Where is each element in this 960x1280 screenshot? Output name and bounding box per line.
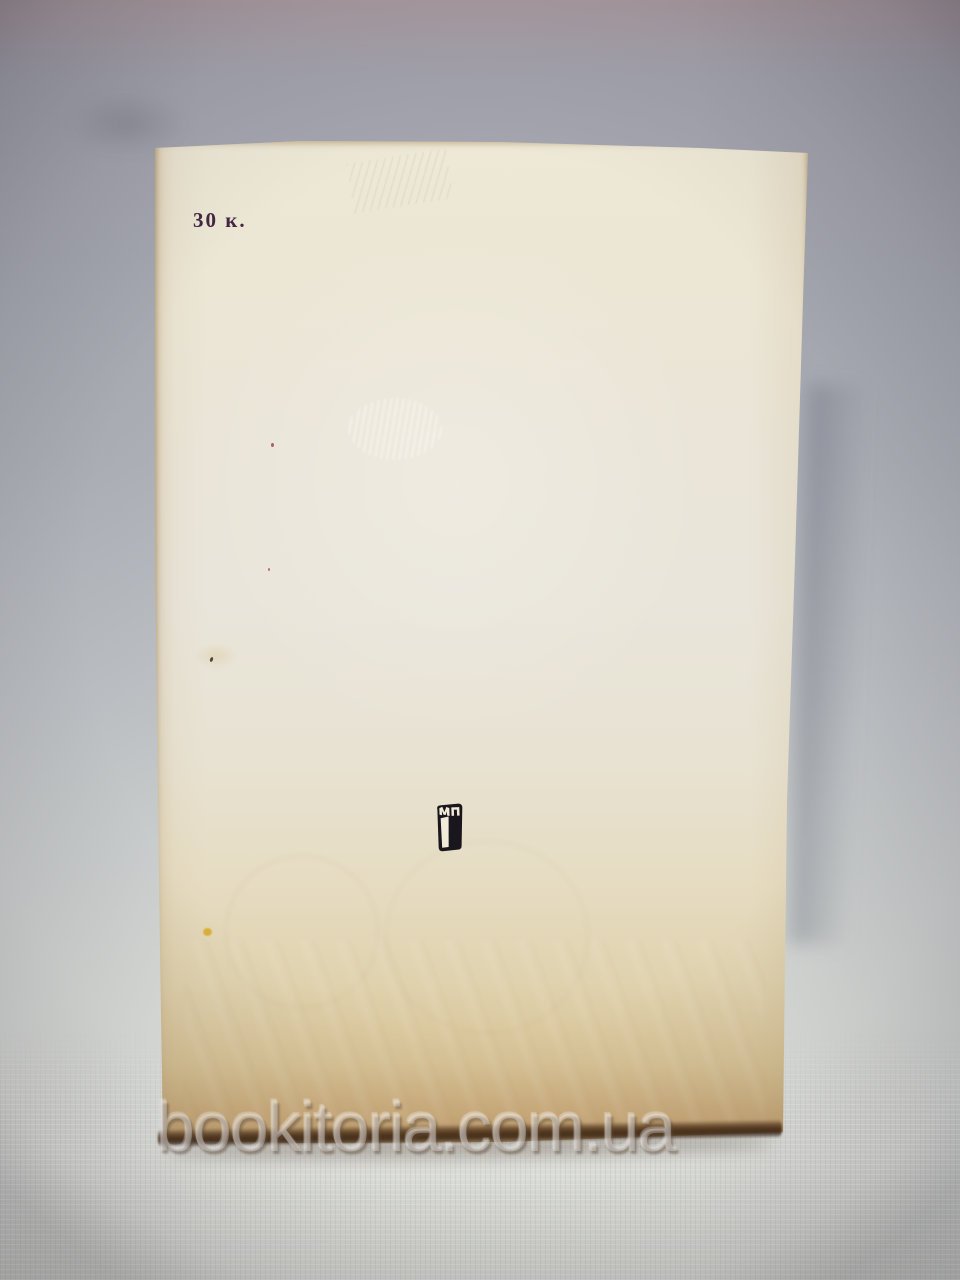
book-photo-scene: 30 к. bookitoria.com.ua [0,0,960,1280]
wall-smudge [68,92,188,156]
book-back-cover: 30 к. [155,140,808,1143]
stain-dot [202,927,213,937]
speck [268,568,270,571]
scuff-mark [348,398,442,460]
speck [271,443,274,447]
price-label: 30 к. [193,210,247,230]
stain [195,644,237,668]
wall-warm-tint [0,0,960,70]
watermark: bookitoria.com.ua [156,1092,675,1162]
publisher-logo-icon [430,802,466,853]
